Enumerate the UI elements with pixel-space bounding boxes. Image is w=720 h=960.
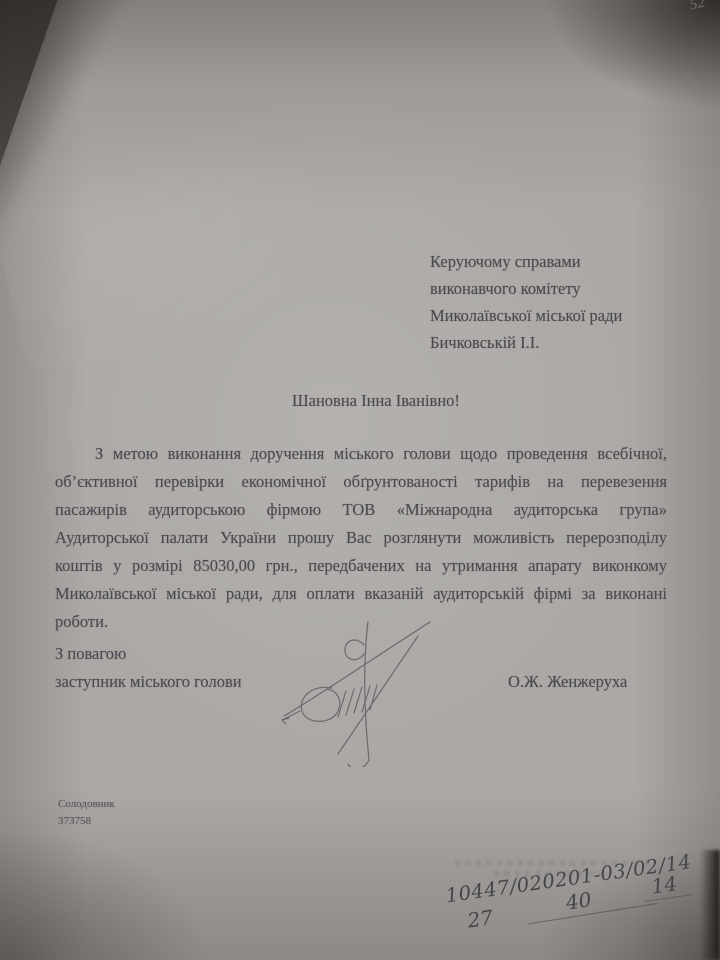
body-line: коштів у розмірі 85030,00 грн., передбач… xyxy=(55,552,667,580)
handwritten-signature xyxy=(276,612,441,767)
letter-body: З метою виконання доручення міського гол… xyxy=(55,440,667,636)
signer-position: заступник міського голови xyxy=(55,672,242,692)
body-line: Миколаївської міської ради, для оплати в… xyxy=(55,580,667,608)
body-line: Аудиторської палати України прошу Вас ро… xyxy=(55,524,667,552)
salutation: Шановна Інна Іванівно! xyxy=(292,391,460,411)
body-line: З метою виконання доручення міського гол… xyxy=(55,440,667,468)
addressee-line: Бичковській І.І. xyxy=(430,329,690,356)
handwritten-page-number: 52 xyxy=(688,0,706,14)
signer-name: О.Ж. Женжеруха xyxy=(508,672,627,692)
addressee-line: Керуючому справами xyxy=(430,248,690,275)
executor-name: Солодовник xyxy=(58,796,115,813)
handwritten-number: 14 xyxy=(650,871,679,898)
handwritten-number: 40 xyxy=(564,887,593,914)
addressee-block: Керуючому справами виконавчого комітету … xyxy=(430,248,690,356)
body-line: пасажирів аудиторською фірмою ТОВ «Міжна… xyxy=(55,496,667,524)
executor-phone: 373758 xyxy=(58,813,115,830)
handwritten-underline xyxy=(529,903,658,924)
scanned-letter-photo: 52 Керуючому справами виконавчого коміте… xyxy=(0,0,720,960)
addressee-line: Миколаївської міської ради xyxy=(430,302,690,329)
closing-regards: З повагою xyxy=(55,644,126,664)
executor-footer: Солодовник 373758 xyxy=(58,796,115,830)
body-line: об’єктивної перевірки економічної обґрун… xyxy=(55,468,667,496)
handwritten-number: 27 xyxy=(466,905,495,932)
addressee-line: виконавчого комітету xyxy=(430,275,690,302)
